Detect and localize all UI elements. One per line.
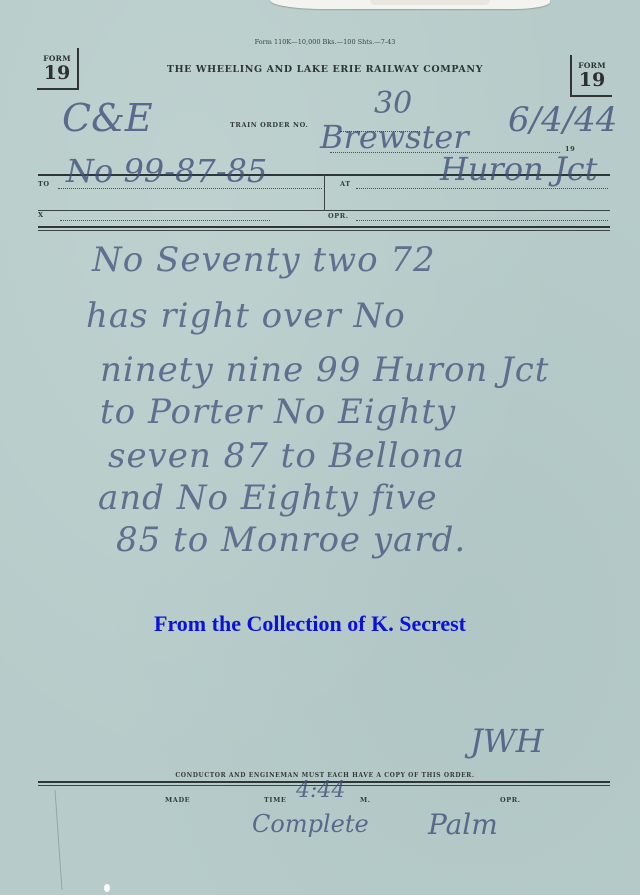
time-value[interactable]: 4:44: [296, 778, 345, 803]
order-date[interactable]: 6/4/44: [508, 100, 617, 140]
pencil-margin-mark: [55, 790, 63, 890]
at-value[interactable]: Huron Jct: [440, 150, 597, 188]
train-order-form: Form 110K—10,000 Bks.—100 Shts.—7-43 FOR…: [0, 0, 640, 895]
handwritten-prefix: C&E: [62, 96, 153, 140]
order-line: seven 87 to Bellona: [108, 436, 465, 476]
paper-hole: [104, 884, 110, 892]
made-value[interactable]: Complete: [252, 810, 369, 838]
opr-dotted-line: [356, 220, 608, 221]
at-dotted-line: [356, 188, 608, 189]
order-line: and No Eighty five: [98, 478, 438, 518]
m-label: M.: [360, 796, 371, 804]
header-double-rule: [38, 226, 610, 228]
train-order-label: TRAIN ORDER NO.: [230, 121, 308, 129]
torn-paper-edge-inner: [370, 0, 490, 5]
to-at-separator: [324, 174, 325, 210]
collection-watermark: From the Collection of K. Secrest: [0, 611, 620, 637]
order-line: 85 to Monroe yard.: [116, 520, 466, 560]
to-value[interactable]: No 99-87-85: [66, 152, 267, 190]
printer-line: Form 110K—10,000 Bks.—100 Shts.—7-43: [0, 38, 640, 46]
header-double-rule: [38, 230, 610, 231]
time-label: TIME: [264, 796, 286, 804]
order-line: ninety nine 99 Huron Jct: [100, 350, 549, 390]
to-label: TO: [38, 180, 50, 188]
order-line: No Seventy two 72: [92, 240, 436, 280]
order-line: to Porter No Eighty: [100, 392, 456, 432]
x-label: X: [38, 211, 44, 219]
company-name: THE WHEELING AND LAKE ERIE RAILWAY COMPA…: [0, 64, 640, 75]
footer-opr-label: OPR.: [500, 796, 521, 804]
train-order-number[interactable]: 30: [374, 86, 412, 121]
operator-initials: JWH: [470, 722, 544, 760]
operator-signature[interactable]: Palm: [428, 808, 498, 841]
made-label: MADE: [165, 796, 190, 804]
order-line: has right over No: [86, 296, 406, 336]
opr-label: OPR.: [328, 212, 349, 220]
form-number-box-right: FORM 19: [570, 55, 612, 97]
x-dotted-line: [60, 220, 270, 221]
at-label: AT: [340, 180, 351, 188]
row-divider: [38, 210, 610, 211]
